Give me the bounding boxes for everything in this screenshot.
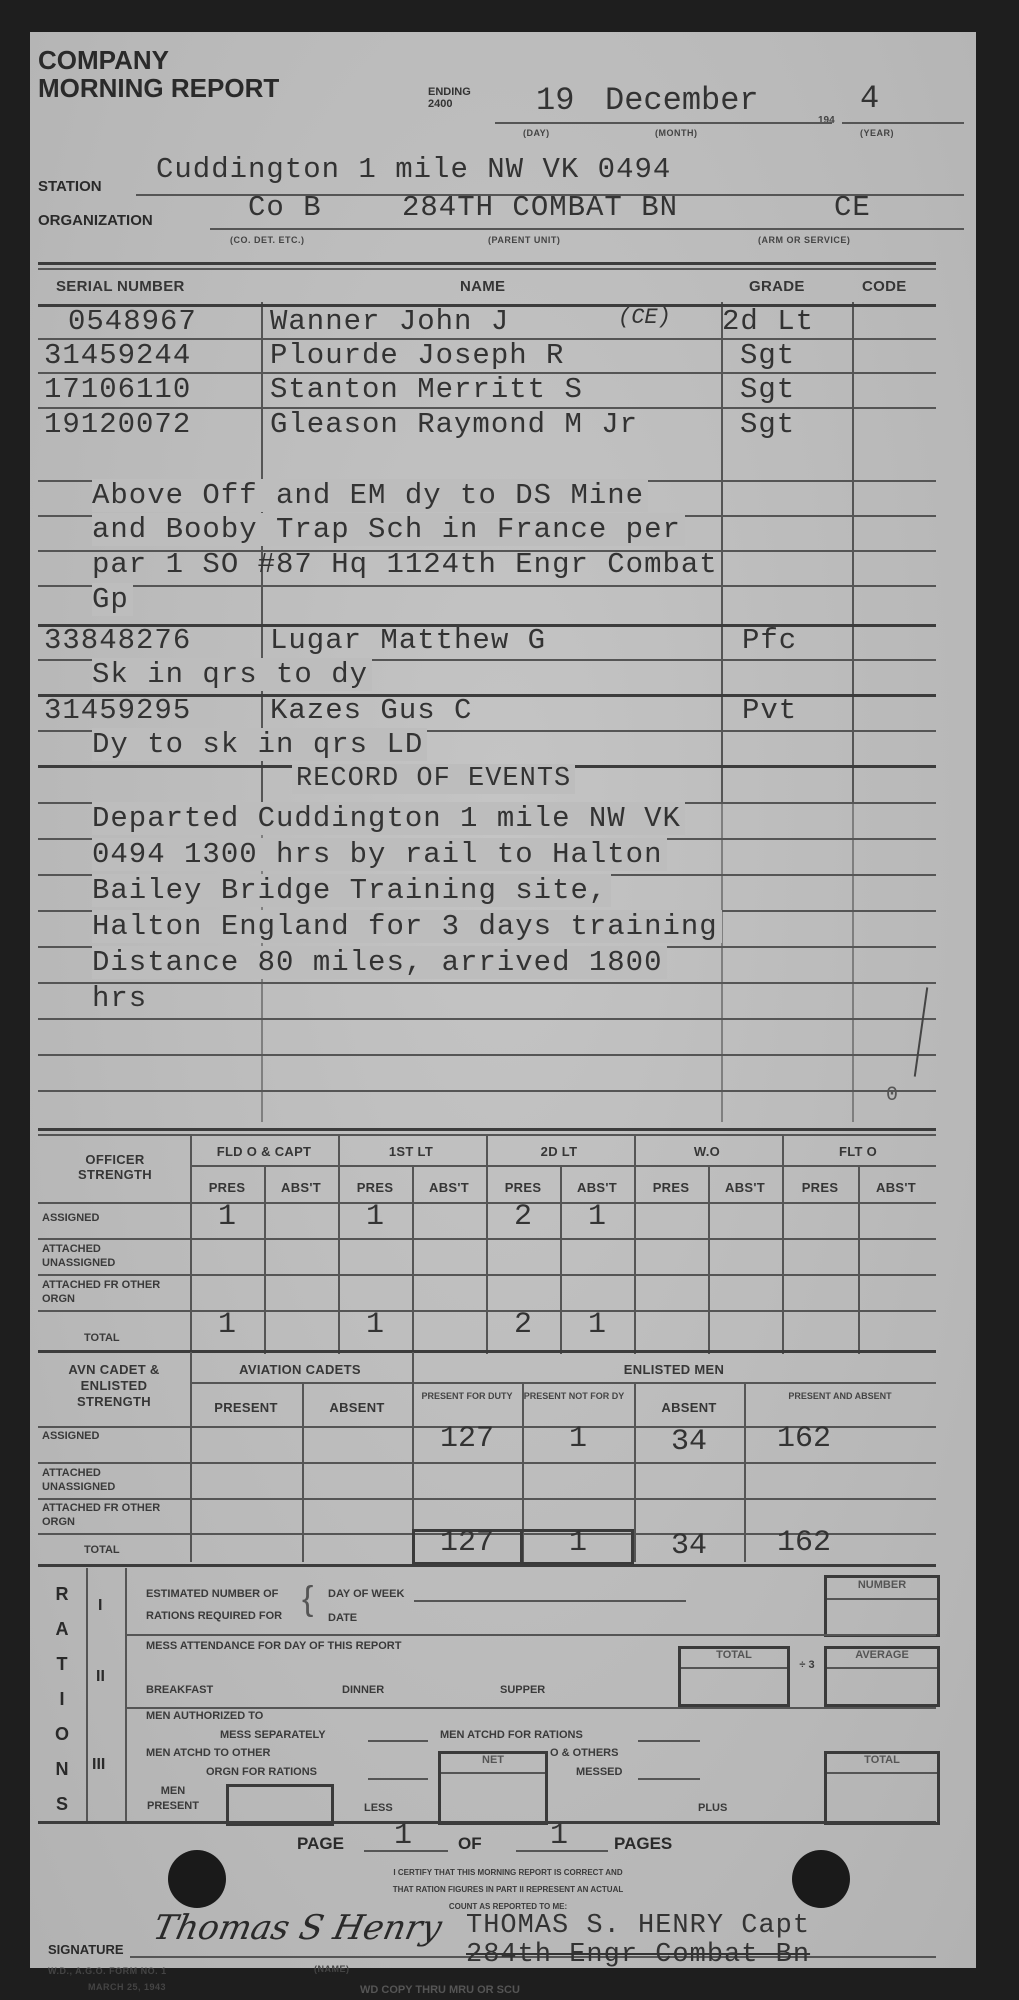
copy-note: WD COPY THRU MRU OR SCU [360,1984,520,1996]
part-i-label-1: ESTIMATED NUMBER OF [146,1588,278,1600]
plus-label: PLUS [698,1802,727,1814]
remark-line: Above Off and EM dy to DS Mine [92,479,648,512]
messed-label: MESSED [576,1766,622,1778]
record-of-events-heading: RECORD OF EVENTS [292,764,575,794]
station-label: STATION [38,178,102,195]
page-number: 1 [394,1819,412,1853]
grade: 2d Lt [722,305,814,338]
serial-number: 31459295 [44,694,191,727]
year-underline [842,122,964,124]
remark-line: Gp [92,583,133,616]
men-atchd-rations-label: MEN ATCHD FOR RATIONS [440,1729,583,1741]
page-label: PAGE [297,1834,344,1854]
report-year-digit: 4 [860,80,879,117]
remark-line: Sk in qrs to dy [92,658,372,691]
part-ii-numeral: II [96,1668,105,1686]
row-label-attached-fr-other-orgn: ATTACHED FR OTHER ORGN [42,1278,162,1306]
day-caption: (DAY) [523,128,550,138]
organization-underline [210,228,964,230]
men-authorized-label-1: MEN AUTHORIZED TO [146,1710,263,1722]
number-box-label: NUMBER [827,1579,937,1591]
report-month: December [605,82,759,119]
day-of-week-field[interactable] [414,1600,686,1602]
name-caption: (NAME) [314,1964,350,1974]
net-label: NET [441,1754,545,1766]
remark-line: and Booby Trap Sch in France per [92,513,685,546]
subcol-abst: ABS'T [858,1180,934,1195]
event-line: Bailey Bridge Training site, [92,874,611,907]
row-label-assigned: ASSIGNED [42,1430,99,1442]
remark-line: par 1 SO #87 Hq 1124th Engr Combat [92,548,718,581]
subcol-pres: PRES [634,1180,708,1195]
serial-number: 0548967 [68,305,197,338]
group-2d-lt: 2D LT [486,1144,632,1159]
col-grade: GRADE [749,278,805,295]
date-label: DATE [328,1612,357,1624]
subcol-abst: ABS'T [560,1180,634,1195]
row-label-total: TOTAL [84,1544,120,1556]
col-present-for-duty: PRESENT FOR DUTY [418,1388,516,1404]
remark-line: Dy to sk in qrs LD [92,728,427,761]
total-label: TOTAL [827,1754,937,1766]
group-fld-o-capt: FLD O & CAPT [192,1144,336,1159]
officer-name: THOMAS S. HENRY Capt [466,1911,810,1941]
event-line: hrs [92,982,147,1015]
enlisted-strength-title: AVN CADET & ENLISTED STRENGTH [44,1362,184,1410]
soldier-name: Kazes Gus C [270,694,472,727]
cell-value: 1 [560,1308,634,1342]
breakfast-label: BREAKFAST [146,1684,213,1696]
subcol-pres: PRES [782,1180,858,1195]
divide-by-three: ÷ 3 [794,1654,820,1676]
cell-value: 1 [190,1308,264,1342]
pen-mark [914,987,929,1076]
subcol-pres: PRES [338,1180,412,1195]
day-of-week-label: DAY OF WEEK [328,1588,404,1600]
cell-value: 2 [486,1308,560,1342]
month-caption: (MONTH) [655,128,698,138]
men-atchd-rations-field[interactable] [638,1740,700,1742]
form-number: W.D., A.G.O. FORM NO. 1 [48,1966,167,1976]
organization-parent-unit: 284TH COMBAT BN [402,191,678,224]
serial-number: 33848276 [44,624,191,657]
group-flt-o: FLT O [782,1144,934,1159]
pages-label: PAGES [614,1834,672,1854]
men-atchd-other-label-2: ORGN FOR RATIONS [206,1766,317,1778]
of-label: OF [458,1834,482,1854]
punch-hole-left [168,1850,226,1908]
row-label-attached-fr-other-orgn: ATTACHED FR OTHER ORGN [42,1501,162,1529]
form-date: MARCH 25, 1943 [88,1982,166,1992]
cell-value: 2 [486,1200,560,1234]
row-label-attached-unassigned: ATTACHED UNASSIGNED [42,1242,162,1270]
col-present: PRESENT [190,1400,302,1415]
punch-hole-right [792,1850,850,1908]
col-present-not-for-dy: PRESENT NOT FOR DY [522,1388,626,1404]
subcol-abst: ABS'T [412,1180,486,1195]
soldier-name: Gleason Raymond M Jr [270,408,638,441]
part-iii-numeral: III [92,1756,105,1774]
caption-arm-service: (ARM OR SERVICE) [758,235,850,245]
average-label: AVERAGE [827,1649,937,1661]
cell-value: 127 [412,1422,522,1456]
cell-value: 34 [634,1529,744,1563]
men-authorized-label-2: MESS SEPARATELY [220,1729,326,1741]
event-line: 0494 1300 hrs by rail to Halton [92,838,667,871]
brace-icon: { [302,1580,313,1619]
officer-unit: 284th Engr Combat Bn [466,1940,810,1970]
serial-number: 31459244 [44,339,191,372]
organization-arm-service: CE [834,191,871,224]
organization-company: Co B [248,191,322,224]
part-i-label-2: RATIONS REQUIRED FOR [146,1610,282,1622]
men-present-label: MEN PRESENT [128,1784,218,1814]
col-name: NAME [460,278,505,295]
supper-label: SUPPER [500,1684,545,1696]
morning-report-form: COMPANY MORNING REPORT ENDING 2400 19 De… [30,32,976,1968]
year-caption: (YEAR) [860,128,894,138]
signature: Thomas S Henry [150,1908,446,1948]
col-absent: ABSENT [302,1400,412,1415]
officer-strength-title: OFFICER STRENGTH [50,1152,180,1182]
o-others-label: O & OTHERS [550,1747,618,1759]
cell-value: 1 [560,1200,634,1234]
grade: Pvt [742,694,797,727]
event-line: Departed Cuddington 1 mile NW VK [92,802,685,835]
messed-field[interactable] [638,1778,700,1780]
grade: Sgt [740,339,795,372]
event-line: Halton England for 3 days training [92,910,722,943]
men-atchd-other-label-1: MEN ATCHD TO OTHER [146,1747,270,1759]
group-enlisted-men: ENLISTED MEN [412,1362,936,1377]
soldier-name: Stanton Merritt S [270,373,583,406]
event-line: Distance 80 miles, arrived 1800 [92,946,667,979]
grade: Sgt [740,408,795,441]
cell-value: 1 [338,1308,412,1342]
soldier-name: Plourde Joseph R [270,339,564,372]
cell-value: 1 [522,1526,634,1560]
title-line-1: COMPANY [38,46,279,74]
subcol-pres: PRES [190,1180,264,1195]
station-value: Cuddington 1 mile NW VK 0494 [156,153,671,186]
soldier-name: Lugar Matthew G [270,624,546,657]
mess-total-label: TOTAL [681,1649,787,1661]
subcol-abst: ABS'T [264,1180,338,1195]
form-title: COMPANY MORNING REPORT [38,46,279,102]
report-day: 19 [536,82,574,119]
cell-value: 1 [338,1200,412,1234]
men-present-box[interactable] [226,1784,334,1826]
cell-value: 34 [634,1425,744,1459]
dinner-label: DINNER [342,1684,384,1696]
title-line-2: MORNING REPORT [38,74,279,102]
serial-number: 17106110 [44,373,191,406]
col-code: CODE [862,278,907,295]
group-1st-lt: 1ST LT [338,1144,484,1159]
col-absent-em: ABSENT [634,1400,744,1415]
grade: Sgt [740,373,795,406]
cell-value: 162 [744,1526,864,1560]
group-aviation-cadets: AVIATION CADETS [190,1362,410,1377]
part-i-numeral: I [98,1597,102,1615]
cell-value: 1 [522,1422,634,1456]
date-underline [495,122,832,124]
cell-value: 127 [412,1526,522,1560]
year-prefix: 194 [818,115,835,126]
group-wo: W.O [634,1144,780,1159]
ending-label: ENDING 2400 [428,86,471,110]
handwritten-note: (CE) [618,305,671,330]
row-label-attached-unassigned: ATTACHED UNASSIGNED [42,1466,162,1494]
atchd-other-orgn-field[interactable] [368,1778,428,1780]
row-label-total: TOTAL [84,1332,120,1344]
cell-value: 1 [190,1200,264,1234]
subcol-pres: PRES [486,1180,560,1195]
caption-parent-unit: (PARENT UNIT) [488,235,560,245]
caption-co-det: (CO. DET. ETC.) [230,235,305,245]
soldier-name: Wanner John J [270,305,509,338]
col-serial-number: SERIAL NUMBER [56,278,185,295]
margin-mark: 0 [886,1084,898,1107]
less-label: LESS [364,1802,393,1814]
page-total: 1 [550,1819,568,1853]
mess-attendance-label: MESS ATTENDANCE FOR DAY OF THIS REPORT [146,1640,401,1652]
organization-label: ORGANIZATION [38,212,153,229]
subcol-abst: ABS'T [708,1180,782,1195]
grade: Pfc [742,624,797,657]
serial-number: 19120072 [44,408,191,441]
col-present-and-absent: PRESENT AND ABSENT [750,1388,930,1404]
mess-separately-field[interactable] [368,1740,428,1742]
rations-side-label: R A T I O N S [52,1577,72,1822]
cell-value: 162 [744,1422,864,1456]
signature-label: SIGNATURE [48,1942,124,1957]
row-label-assigned: ASSIGNED [42,1212,99,1224]
